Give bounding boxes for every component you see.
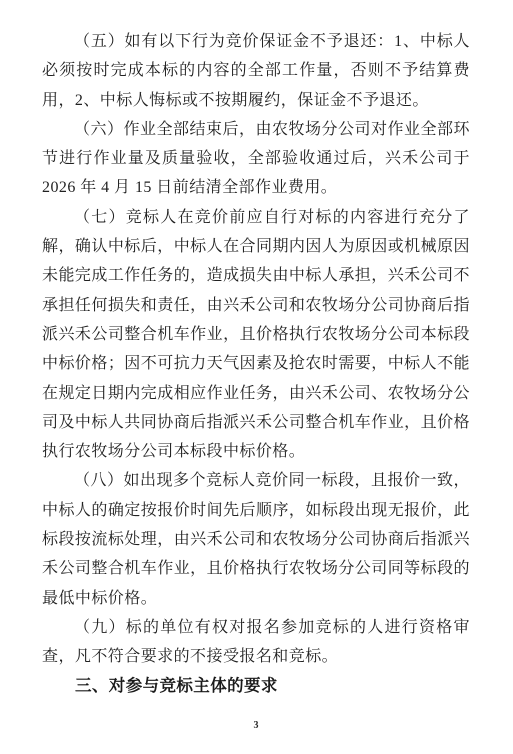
paragraph-item-7: （七）竞标人在竞价前应自行对标的内容进行充分了解，确认中标后，中标人在合同期内因…	[42, 203, 470, 467]
document-page: （五）如有以下行为竞价保证金不予退还：1、中标人必须按时完成本标的内容的全部工作…	[0, 0, 513, 754]
page-number: 3	[254, 720, 259, 731]
paragraph-item-9: （九）标的单位有权对报名参加竞标的人进行资格审查，凡不符合要求的不接受报名和竞标…	[42, 613, 470, 672]
paragraph-item-6: （六）作业全部结束后，由农牧场分公司对作业全部环节进行作业量及质量验收，全部验收…	[42, 115, 470, 203]
paragraph-item-8: （八）如出现多个竞标人竞价同一标段，且报价一致，中标人的确定按报价时间先后顺序，…	[42, 466, 470, 612]
section-heading: 三、对参与竞标主体的要求	[42, 672, 470, 701]
page-footer: 3	[42, 715, 470, 733]
document-body: （五）如有以下行为竞价保证金不予退还：1、中标人必须按时完成本标的内容的全部工作…	[42, 27, 470, 701]
paragraph-item-5: （五）如有以下行为竞价保证金不予退还：1、中标人必须按时完成本标的内容的全部工作…	[42, 27, 470, 115]
